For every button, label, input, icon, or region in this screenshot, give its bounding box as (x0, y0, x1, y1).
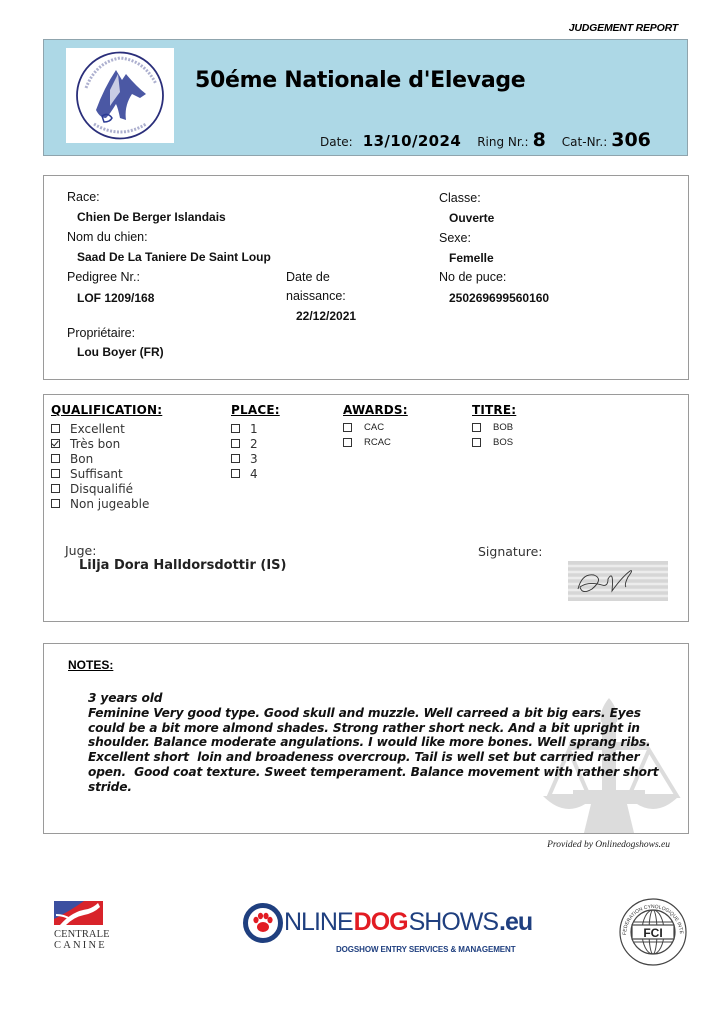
award-option-rcac[interactable]: RCAC (343, 435, 408, 450)
checkbox[interactable] (472, 423, 481, 432)
checkbox[interactable] (472, 438, 481, 447)
place-option-3[interactable]: 3 (231, 451, 280, 466)
qualification-options: Excellent Très bon Bon Suffisant Disqual… (51, 421, 162, 511)
signature-image (568, 561, 668, 601)
option-label: 3 (250, 452, 258, 466)
checkbox-checked[interactable] (51, 439, 60, 448)
sex-value: Femelle (449, 251, 494, 265)
race-value: Chien De Berger Islandais (77, 210, 226, 224)
paw-icon (243, 903, 283, 943)
notes-label: NOTES: (68, 658, 113, 672)
chip-value: 250269699560160 (449, 291, 549, 305)
checkbox[interactable] (51, 499, 60, 508)
ods-word-shows: SHOWS (409, 910, 498, 935)
signature-label: Signature: (478, 544, 543, 559)
place-options: 1 2 3 4 (231, 421, 280, 481)
report-type-label: JUDGEMENT REPORT (560, 22, 678, 34)
club-logo (66, 48, 174, 143)
ods-tagline: DOGSHOW ENTRY SERVICES & MANAGEMENT (336, 945, 515, 954)
ods-word-online: NLINE (284, 910, 353, 935)
cat-label: Cat-Nr.: (562, 135, 607, 149)
place-option-4[interactable]: 4 (231, 466, 280, 481)
dog-name-value: Saad De La Taniere De Saint Loup (77, 250, 271, 264)
centrale-canine-logo: CENTRALE CANINE (54, 901, 104, 951)
date-value: 13/10/2024 (363, 132, 461, 150)
ods-word-eu: .eu (499, 910, 532, 935)
titre-options: BOB BOS (472, 420, 516, 450)
qualification-option-tres-bon[interactable]: Très bon (51, 436, 162, 451)
option-label: Très bon (70, 437, 120, 451)
titre-option-bos[interactable]: BOS (472, 435, 516, 450)
awards-heading: AWARDS: (343, 403, 408, 417)
signature-scribble-icon (568, 561, 668, 601)
club-logo-icon (66, 48, 174, 143)
option-label: CAC (364, 422, 384, 433)
option-label: BOS (493, 437, 513, 448)
ring-value: 8 (533, 129, 546, 151)
qualification-group: QUALIFICATION: Excellent Très bon Bon Su… (51, 403, 162, 511)
birth-date-label-line2: naissance: (286, 289, 346, 303)
place-group: PLACE: 1 2 3 4 (231, 403, 280, 481)
checkbox[interactable] (231, 439, 240, 448)
date-label: Date: (320, 135, 353, 149)
awards-options: CAC RCAC (343, 420, 408, 450)
ring-label: Ring Nr.: (477, 135, 528, 149)
chip-label: No de puce: (439, 270, 506, 284)
checkbox[interactable] (51, 469, 60, 478)
checkbox[interactable] (231, 424, 240, 433)
option-label: RCAC (364, 437, 391, 448)
checkbox[interactable] (343, 423, 352, 432)
owner-label: Propriétaire: (67, 326, 135, 340)
judgement-section: QUALIFICATION: Excellent Très bon Bon Su… (43, 394, 689, 622)
class-label: Classe: (439, 191, 481, 205)
qualification-option-suffisant[interactable]: Suffisant (51, 466, 162, 481)
judge-label: Juge: (65, 543, 96, 558)
place-option-2[interactable]: 2 (231, 436, 280, 451)
option-label: Excellent (70, 422, 125, 436)
cat-value: 306 (611, 129, 651, 151)
centrale-canine-flag-icon (54, 901, 103, 925)
notes-section: NOTES: 3 years old Feminine Very good ty… (43, 643, 689, 834)
titre-heading: TITRE: (472, 403, 516, 417)
checkbox[interactable] (51, 484, 60, 493)
place-option-1[interactable]: 1 (231, 421, 280, 436)
owner-value: Lou Boyer (FR) (77, 345, 164, 359)
qualification-option-non-jugeable[interactable]: Non jugeable (51, 496, 162, 511)
titre-group: TITRE: BOB BOS (472, 403, 516, 450)
event-title: 50éme Nationale d'Elevage (195, 68, 525, 93)
checkbox[interactable] (51, 454, 60, 463)
checkbox[interactable] (51, 424, 60, 433)
option-label: Suffisant (70, 467, 123, 481)
option-label: Non jugeable (70, 497, 149, 511)
class-value: Ouverte (449, 211, 494, 225)
option-label: BOB (493, 422, 513, 433)
centrale-canine-line1: CENTRALE (54, 929, 104, 940)
fci-globe-icon: FCI FEDERATION CYNOLOGIQUE INTERNATIONAL… (618, 897, 688, 967)
centrale-canine-line2: CANINE (54, 940, 104, 951)
event-header: 50éme Nationale d'Elevage Date: 13/10/20… (43, 39, 688, 156)
provided-by-text: Provided by Onlinedogshows.eu (470, 840, 670, 850)
qualification-option-disqualifie[interactable]: Disqualifié (51, 481, 162, 496)
award-option-cac[interactable]: CAC (343, 420, 408, 435)
svg-text:FCI: FCI (643, 926, 662, 940)
option-label: 4 (250, 467, 258, 481)
pedigree-value: LOF 1209/168 (77, 291, 154, 305)
checkbox[interactable] (231, 469, 240, 478)
judge-name: Lilja Dora Halldorsdottir (IS) (79, 558, 286, 573)
fci-logo: FCI FEDERATION CYNOLOGIQUE INTERNATIONAL… (618, 897, 688, 967)
onlinedogshows-logo: NLINE DOG SHOWS .eu DOGSHOW ENTRY SERVIC… (243, 900, 493, 958)
sex-label: Sexe: (439, 231, 471, 245)
birth-date-label-line1: Date de (286, 270, 330, 284)
awards-group: AWARDS: CAC RCAC (343, 403, 408, 450)
onlinedogshows-wordmark: NLINE DOG SHOWS .eu (243, 900, 532, 945)
dog-name-label: Nom du chien: (67, 230, 148, 244)
checkbox[interactable] (231, 454, 240, 463)
option-label: Bon (70, 452, 93, 466)
qualification-option-bon[interactable]: Bon (51, 451, 162, 466)
qualification-heading: QUALIFICATION: (51, 403, 162, 417)
titre-option-bob[interactable]: BOB (472, 420, 516, 435)
checkbox[interactable] (343, 438, 352, 447)
qualification-option-excellent[interactable]: Excellent (51, 421, 162, 436)
birth-date-value: 22/12/2021 (296, 309, 356, 323)
notes-text: 3 years old Feminine Very good type. Goo… (88, 691, 673, 795)
option-label: 2 (250, 437, 258, 451)
option-label: Disqualifié (70, 482, 133, 496)
option-label: 1 (250, 422, 258, 436)
event-meta: Date: 13/10/2024 Ring Nr.: 8 Cat-Nr.: 30… (320, 129, 651, 151)
ods-word-dog: DOG (354, 910, 408, 935)
pedigree-label: Pedigree Nr.: (67, 270, 140, 284)
dog-info-section: Race: Chien De Berger Islandais Nom du c… (43, 175, 689, 380)
place-heading: PLACE: (231, 403, 280, 417)
race-label: Race: (67, 190, 100, 204)
